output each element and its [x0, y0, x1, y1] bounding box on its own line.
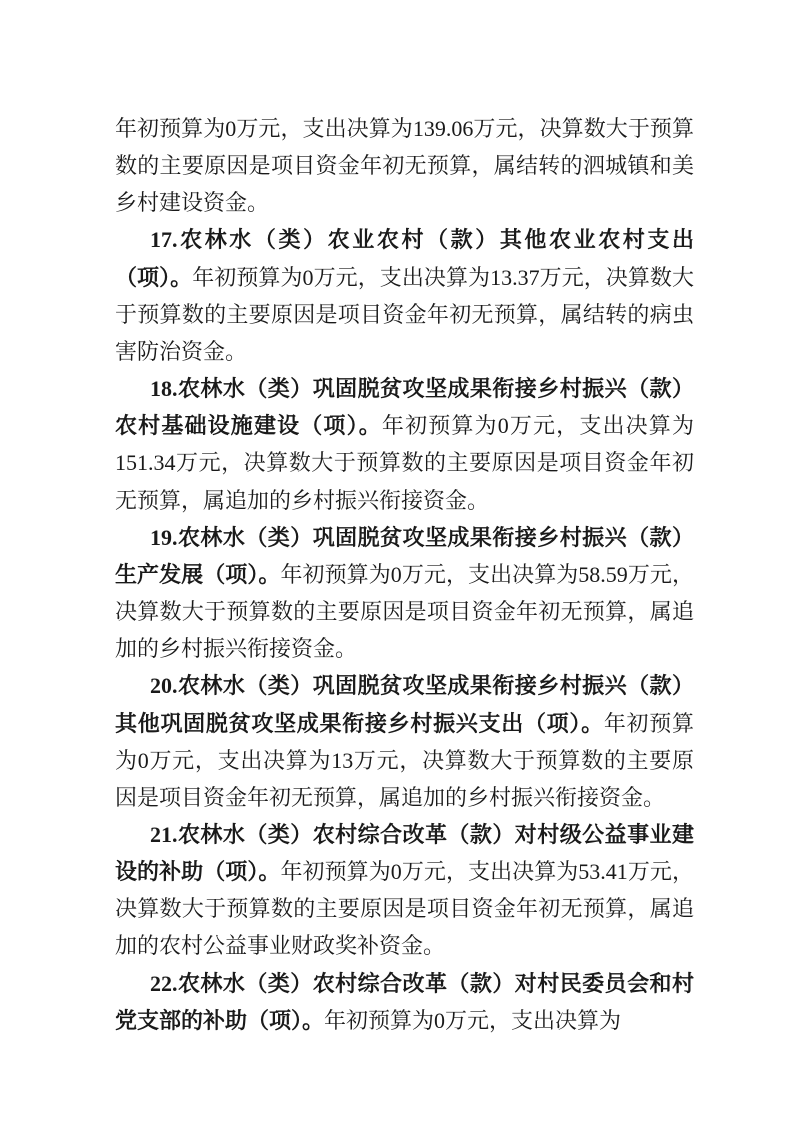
- budget-item-17: 17.农林水（类）农业农村（款）其他农业农村支出（项）。年初预算为0万元，支出决…: [115, 221, 694, 370]
- budget-item-21: 21.农林水（类）农村综合改革（款）对村级公益事业建设的补助（项）。年初预算为0…: [115, 816, 694, 965]
- budget-item-17-body: 年初预算为0万元，支出决算为13.37万元，决算数大于预算数的主要原因是项目资金…: [115, 265, 694, 364]
- budget-item-22: 22.农林水（类）农村综合改革（款）对村民委员会和村党支部的补助（项）。年初预算…: [115, 965, 694, 1039]
- budget-item-22-body: 年初预算为0万元，支出决算为: [324, 1008, 621, 1033]
- budget-item-18: 18.农林水（类）巩固脱贫攻坚成果衔接乡村振兴（款）农村基础设施建设（项）。年初…: [115, 370, 694, 519]
- budget-item-20: 20.农林水（类）巩固脱贫攻坚成果衔接乡村振兴（款）其他巩固脱贫攻坚成果衔接乡村…: [115, 667, 694, 816]
- continuation-paragraph-text: 年初预算为0万元，支出决算为139.06万元，决算数大于预算数的主要原因是项目资…: [115, 116, 694, 215]
- continuation-paragraph: 年初预算为0万元，支出决算为139.06万元，决算数大于预算数的主要原因是项目资…: [115, 110, 694, 221]
- document-text-block: 年初预算为0万元，支出决算为139.06万元，决算数大于预算数的主要原因是项目资…: [115, 110, 694, 1039]
- budget-item-19: 19.农林水（类）巩固脱贫攻坚成果衔接乡村振兴（款）生产发展（项）。年初预算为0…: [115, 519, 694, 668]
- document-page: 年初预算为0万元，支出决算为139.06万元，决算数大于预算数的主要原因是项目资…: [0, 0, 793, 1122]
